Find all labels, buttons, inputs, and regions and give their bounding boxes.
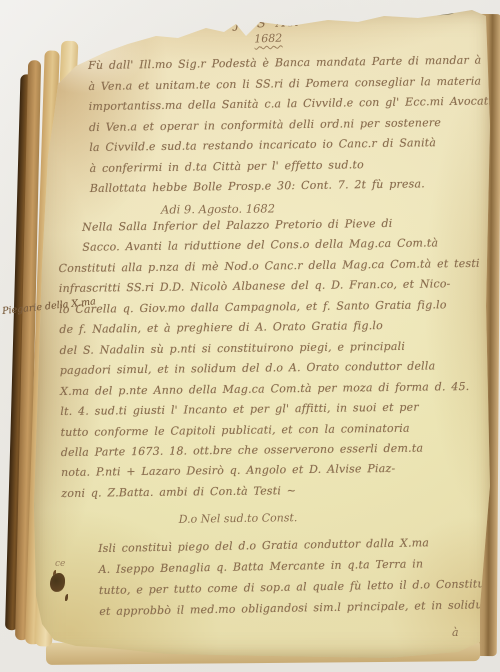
page-heading: JHS AR 1682 <box>208 14 329 47</box>
manuscript-line: zoni q. Z.Batta. ambi di Con.tà Testi ~ <box>61 479 482 505</box>
edge-stain <box>412 8 454 16</box>
heading-year: 1682 <box>208 30 328 47</box>
paragraph-deliberation: Fù dall' Ill.mo Sig.r Podestà è Banca ma… <box>88 50 493 199</box>
manuscript-scan: Piegarie della X.ma JHS AR 1682 Fù dall'… <box>0 0 500 672</box>
manuscript-line: Ballottata hebbe Bolle Prosp.e 30: Cont.… <box>90 173 494 199</box>
tear-mark <box>227 14 244 26</box>
heading-year-text: 1682 <box>254 32 282 46</box>
manuscript-page: JHS AR 1682 Fù dall' Ill.mo Sig.r Podest… <box>28 6 492 658</box>
sub-heading: D.o Nel sud.to Const. <box>88 510 388 527</box>
paragraph-second-constituto: Isli constituì piego del d.o Gratia cond… <box>98 531 497 622</box>
ink-blot <box>50 573 65 592</box>
paragraph-constituto: Nella Salla Inferior del Palazzo Pretori… <box>58 213 483 504</box>
margin-mark-ce: ce <box>55 559 65 569</box>
stray-letter: à <box>452 626 459 639</box>
